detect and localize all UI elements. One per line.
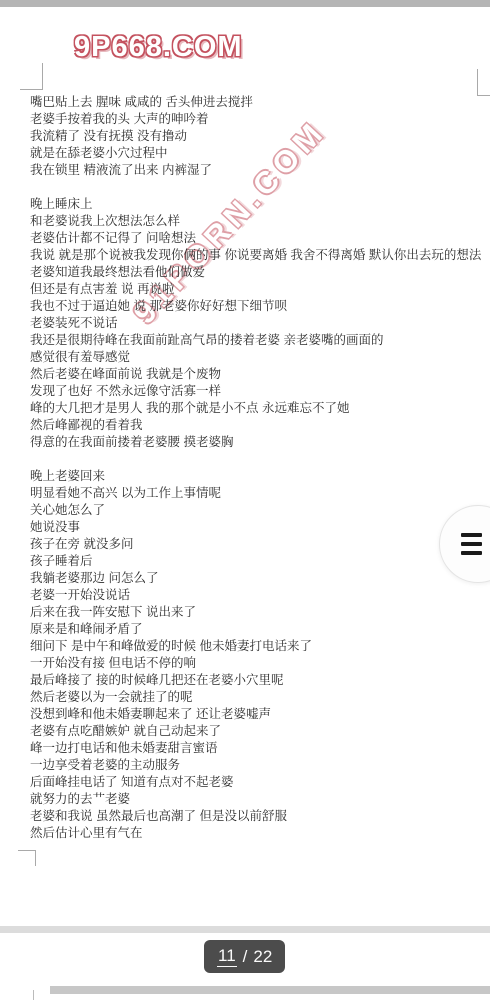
text-line: 关心她怎么了 bbox=[30, 502, 486, 519]
text-line: 细问下 是中午和峰做爱的时候 他未婚妻打电话来了 bbox=[30, 638, 486, 655]
text-line: 一边享受着老婆的主动服务 bbox=[30, 757, 486, 774]
text-line: 后面峰挂电话了 知道有点对不起老婆 bbox=[30, 774, 486, 791]
page-divider bbox=[0, 926, 490, 933]
text-line: 然后峰鄙视的看着我 bbox=[30, 417, 486, 434]
text-line: 没想到峰和他未婚妻聊起来了 还让老婆嘘声 bbox=[30, 706, 486, 723]
text-line: 孩子睡着后 bbox=[30, 553, 486, 570]
previous-page-edge-bar bbox=[0, 0, 490, 7]
text-line bbox=[30, 179, 486, 196]
text-line: 一开始没有接 但电话不停的响 bbox=[30, 655, 486, 672]
next-page-top-bar bbox=[50, 986, 490, 994]
next-page-corner-mark bbox=[33, 990, 34, 1000]
hamburger-icon bbox=[461, 531, 482, 557]
page-corner-mark-bottom-left bbox=[18, 850, 36, 866]
text-line: 孩子在旁 就没多问 bbox=[30, 536, 486, 553]
hamburger-icon-bar bbox=[461, 542, 482, 546]
text-line: 然后估计心里有气在 bbox=[30, 825, 486, 842]
text-line: 然后老婆以为一会就挂了的呢 bbox=[30, 689, 486, 706]
page-text: 嘴巴贴上去 腥味 咸咸的 舌头伸进去搅拌老婆手按着我的头 大声的呻吟着我流精了 … bbox=[30, 94, 486, 842]
text-line: 得意的在我面前搂着老婆腰 摸老婆胸 bbox=[30, 434, 486, 451]
text-line: 嘴巴贴上去 腥味 咸咸的 舌头伸进去搅拌 bbox=[30, 94, 486, 111]
text-line: 就努力的去艹老婆 bbox=[30, 791, 486, 808]
text-line: 她说没事 bbox=[30, 519, 486, 536]
text-line: 峰的大几把才是男人 我的那个就是小不点 永远难忘不了她 bbox=[30, 400, 486, 417]
text-line: 老婆装死不说话 bbox=[30, 315, 486, 332]
text-line: 我躺老婆那边 问怎么了 bbox=[30, 570, 486, 587]
page-separator: / bbox=[243, 947, 248, 967]
text-line: 老婆有点吃醋嫉妒 就自己动起来了 bbox=[30, 723, 486, 740]
text-line: 老婆和我说 虽然最后也高潮了 但是没以前舒服 bbox=[30, 808, 486, 825]
text-line: 我说 就是那个说被我发现你俩的事 你说要离婚 我舍不得离婚 默认你出去玩的想法 bbox=[30, 247, 486, 264]
text-line: 我在锁里 精液流了出来 内裤湿了 bbox=[30, 162, 486, 179]
text-line: 和老婆说我上次想法怎么样 bbox=[30, 213, 486, 230]
text-line: 老婆一开始没说话 bbox=[30, 587, 486, 604]
text-line: 老婆手按着我的头 大声的呻吟着 bbox=[30, 111, 486, 128]
text-line: 发现了也好 不然永远像守活寡一样 bbox=[30, 383, 486, 400]
site-watermark: 9P668.COM bbox=[74, 31, 243, 64]
total-page-count: 22 bbox=[253, 947, 272, 967]
text-line: 我流精了 没有抚摸 没有撸动 bbox=[30, 128, 486, 145]
page-corner-mark-top-right bbox=[477, 69, 490, 96]
text-line: 但还是有点害羞 说 再说啦 bbox=[30, 281, 486, 298]
page-corner-mark-top-left bbox=[20, 63, 43, 90]
hamburger-icon-bar bbox=[461, 533, 482, 537]
text-line: 明显看她不高兴 以为工作上事情呢 bbox=[30, 485, 486, 502]
text-line: 然后老婆在峰面前说 我就是个废物 bbox=[30, 366, 486, 383]
text-line: 老婆知道我最终想法看他们做爱 bbox=[30, 264, 486, 281]
text-line bbox=[30, 451, 486, 468]
text-line: 我也不过于逼迫她 说 那老婆你好好想下细节呗 bbox=[30, 298, 486, 315]
text-line: 峰一边打电话和他未婚妻甜言蜜语 bbox=[30, 740, 486, 757]
text-line: 感觉很有羞辱感觉 bbox=[30, 349, 486, 366]
current-page-number: 11 bbox=[217, 946, 237, 967]
text-line: 我还是很期待峰在我面前趾高气昂的搂着老婆 亲老婆嘴的画面的 bbox=[30, 332, 486, 349]
text-line: 晚上睡床上 bbox=[30, 196, 486, 213]
text-line: 晚上老婆回来 bbox=[30, 468, 486, 485]
text-line: 老婆估计都不记得了 问啥想法 bbox=[30, 230, 486, 247]
text-line: 最后峰接了 接的时候峰几把还在老婆小穴里呢 bbox=[30, 672, 486, 689]
text-line: 原来是和峰闹矛盾了 bbox=[30, 621, 486, 638]
text-line: 后来在我一阵安慰下 说出来了 bbox=[30, 604, 486, 621]
reader-screen: 9P668.COM 91PORN.COM 嘴巴贴上去 腥味 咸咸的 舌头伸进去搅… bbox=[0, 0, 490, 1000]
text-line: 就是在舔老婆小穴过程中 bbox=[30, 145, 486, 162]
hamburger-icon-bar bbox=[461, 551, 482, 555]
page-indicator-badge[interactable]: 11 / 22 bbox=[204, 940, 285, 973]
